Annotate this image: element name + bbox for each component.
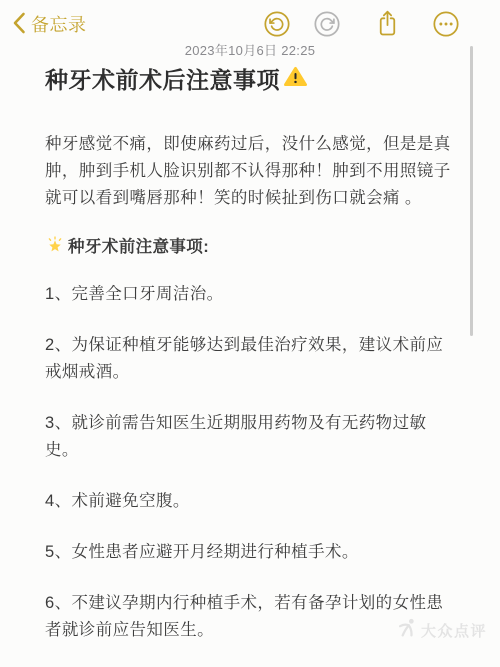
watermark-label: 大众点评 [421,620,487,641]
redo-button[interactable] [313,10,341,38]
warning-triangle-icon [284,64,307,93]
list-item: 3、就诊前需告知医生近期服用药物及有无药物过敏史。 [45,410,460,464]
dianping-figure-icon [397,617,418,643]
note-intro-paragraph: 种牙感觉不痛，即使麻药过后，没什么感觉，但是是真肿，肿到手机人脸识别都不认得那种… [45,131,460,212]
undo-button[interactable] [263,10,291,38]
more-options-button[interactable] [432,10,460,38]
watermark: 大众点评 [397,617,487,643]
redo-circle-icon [313,10,341,38]
note-date: 2023年10月6日 22:25 [0,40,500,59]
list-item: 5、女性患者应避开月经期进行种植手术。 [45,539,460,566]
back-button-label: 备忘录 [31,11,87,37]
section-header: 种牙术前注意事项: [45,234,460,261]
chevron-left-icon [12,12,26,37]
undo-circle-icon [263,10,291,38]
share-button[interactable] [375,8,400,41]
list-item: 1、完善全口牙周洁治。 [45,281,460,308]
list-item: 2、为保证种植牙能够达到最佳治疗效果，建议术前应戒烟戒酒。 [45,332,460,386]
note-title: 种牙术前术后注意事项 [45,62,460,95]
back-button[interactable]: 备忘录 [12,11,87,37]
share-up-arrow-icon [375,8,400,41]
scrollbar[interactable] [470,46,473,336]
note-editor[interactable]: 种牙术前术后注意事项 种牙感觉不痛，即使麻药过后，没什么感觉，但是是真肿，肿到手… [45,62,460,667]
list-item: 4、术前避免空腹。 [45,488,460,515]
glowing-star-icon [45,238,68,256]
ellipsis-circle-icon [432,10,460,38]
